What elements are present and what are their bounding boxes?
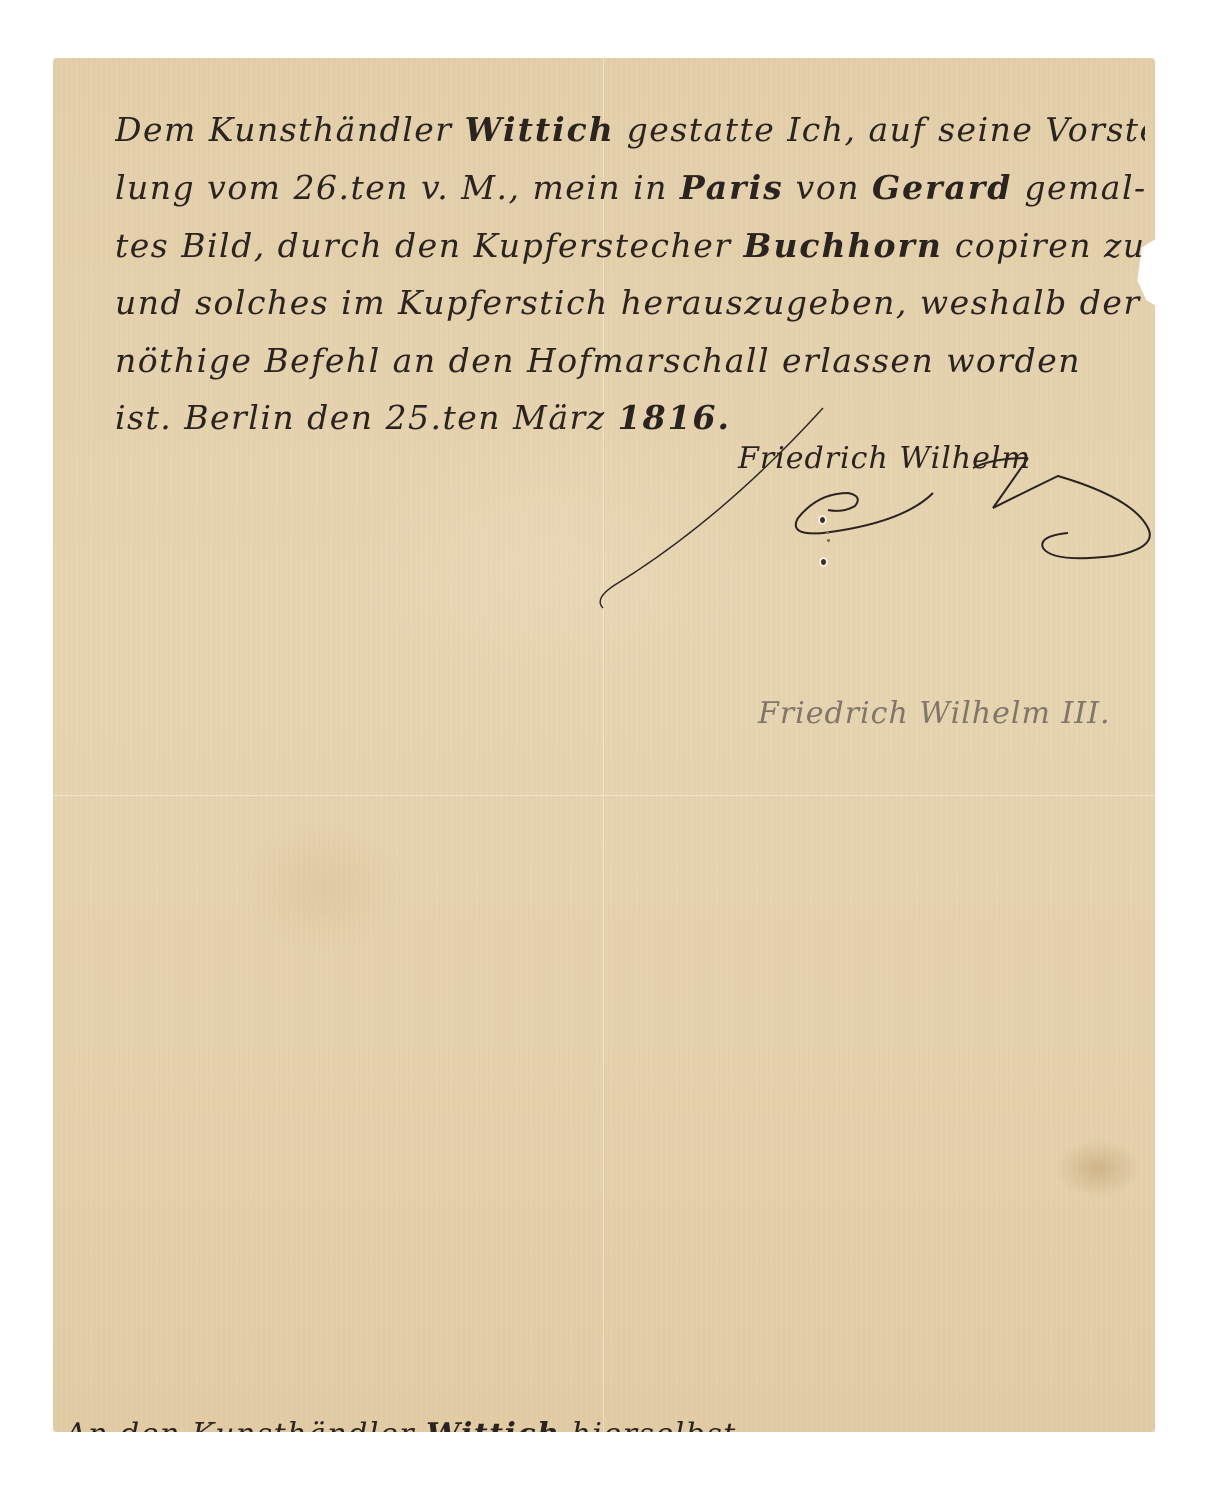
royal-signature: Friedrich Wilhelm [573,398,1173,638]
text-segment: An den Kunsthändler [65,1417,426,1452]
name-buchhorn: Buchhorn [744,226,943,265]
place-paris: Paris [680,168,784,207]
signature-flourish-icon [573,398,1173,638]
text-segment: gestatte Ich, auf seine Vorstel- [615,110,1145,149]
text-segment: ist. Berlin den 25.ten März [115,398,618,437]
text-segment: Dem Kunsthändler [115,110,465,149]
address-line: An den Kunsthändler Wittich hierselbst. [65,1417,748,1452]
signature-text: Friedrich Wilhelm [738,441,1031,476]
letter-line-4: und solches im Kupferstich herauszugeben… [115,283,1145,323]
text-segment: nöthige Befehl an den Hofmarschall erlas… [115,341,1081,380]
text-segment: gemal- [1012,168,1145,207]
text-segment: tes Bild, durch den Kupferstecher [115,226,744,265]
horizontal-fold-crease [53,795,1155,798]
text-segment: copiren zu lassen [943,226,1145,265]
name-gerard: Gerard [872,168,1012,207]
letter-line-2: lung vom 26.ten v. M., mein in Paris von… [115,168,1145,208]
pinholes [816,513,836,573]
letter-line-1: Dem Kunsthändler Wittich gestatte Ich, a… [115,110,1145,150]
letter-sheet: Dem Kunsthändler Wittich gestatte Ich, a… [53,58,1155,1432]
name-wittich: Wittich [465,110,615,149]
pencil-annotation: Friedrich Wilhelm III. [758,696,1111,731]
text-segment: von [784,168,872,207]
text-segment: und solches im Kupferstich herauszugeben… [115,283,1141,322]
text-segment: lung vom 26.ten v. M., mein in [115,168,680,207]
letter-line-5: nöthige Befehl an den Hofmarschall erlas… [115,341,1145,381]
name-wittich: Wittich [426,1417,560,1452]
text-segment: hierselbst. [560,1417,747,1452]
letter-line-3: tes Bild, durch den Kupferstecher Buchho… [115,226,1145,266]
